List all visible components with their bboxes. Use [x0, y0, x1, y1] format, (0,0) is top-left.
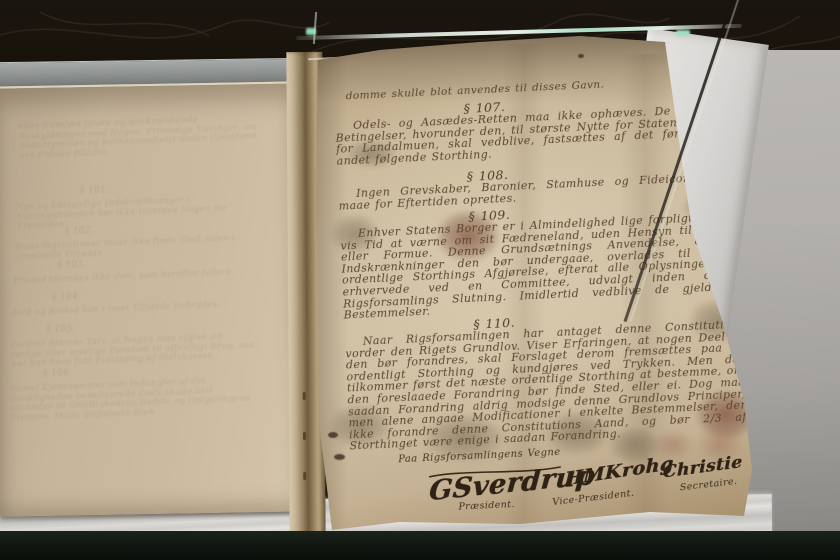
left-page-faint-text: Jord og Boslod kan i intet Tilfælde forb…: [12, 299, 256, 319]
signature-vice-president: HMKrohg: [564, 452, 673, 490]
left-page-faint-text: Saavel Kjøbesummer som Indtægter af det …: [9, 375, 256, 423]
left-page-section-heading: § 102.: [65, 227, 95, 238]
museum-display-photo: eller fremført falske og ærekrænkende Be…: [0, 0, 840, 560]
left-page-section-heading: § 101.: [80, 186, 110, 197]
binding-stitch: [303, 432, 306, 440]
binding-stitch: [303, 472, 306, 480]
section-body-110: Naar Rigsforsamlingen har antaget denne …: [345, 319, 748, 453]
left-page-section-heading: § 104.: [52, 293, 82, 304]
left-page-faint-text: Nye og bestandige Indskrænkninger i Næri…: [16, 193, 267, 232]
section-body-109: Enhver Statens Borger er i Almindelighed…: [340, 211, 742, 322]
left-page-section-heading: § 103.: [57, 261, 87, 272]
left-page-faint-text: Huus-Inqvisitioner maae ikke finde Sted,…: [15, 233, 264, 262]
left-page-section-heading: § 106.: [43, 369, 73, 380]
left-page-faint-text: Fristed tilstedes ikke dem, som herefter…: [14, 267, 260, 287]
left-page-faint-text: Fordrer Statens Tarv, at Nogen maa afgiv…: [10, 331, 255, 370]
signature-president-title: Præsident.: [458, 499, 515, 513]
binding-stitch: [303, 392, 306, 400]
case-front-shadow: [0, 531, 840, 560]
glass-glint: [676, 30, 690, 36]
left-page-faint-text: eller fremført falske og ærekrænkende Be…: [18, 113, 265, 161]
left-page: eller fremført falske og ærekrænkende Be…: [0, 81, 302, 516]
left-page-section-heading: § 105.: [46, 325, 76, 336]
